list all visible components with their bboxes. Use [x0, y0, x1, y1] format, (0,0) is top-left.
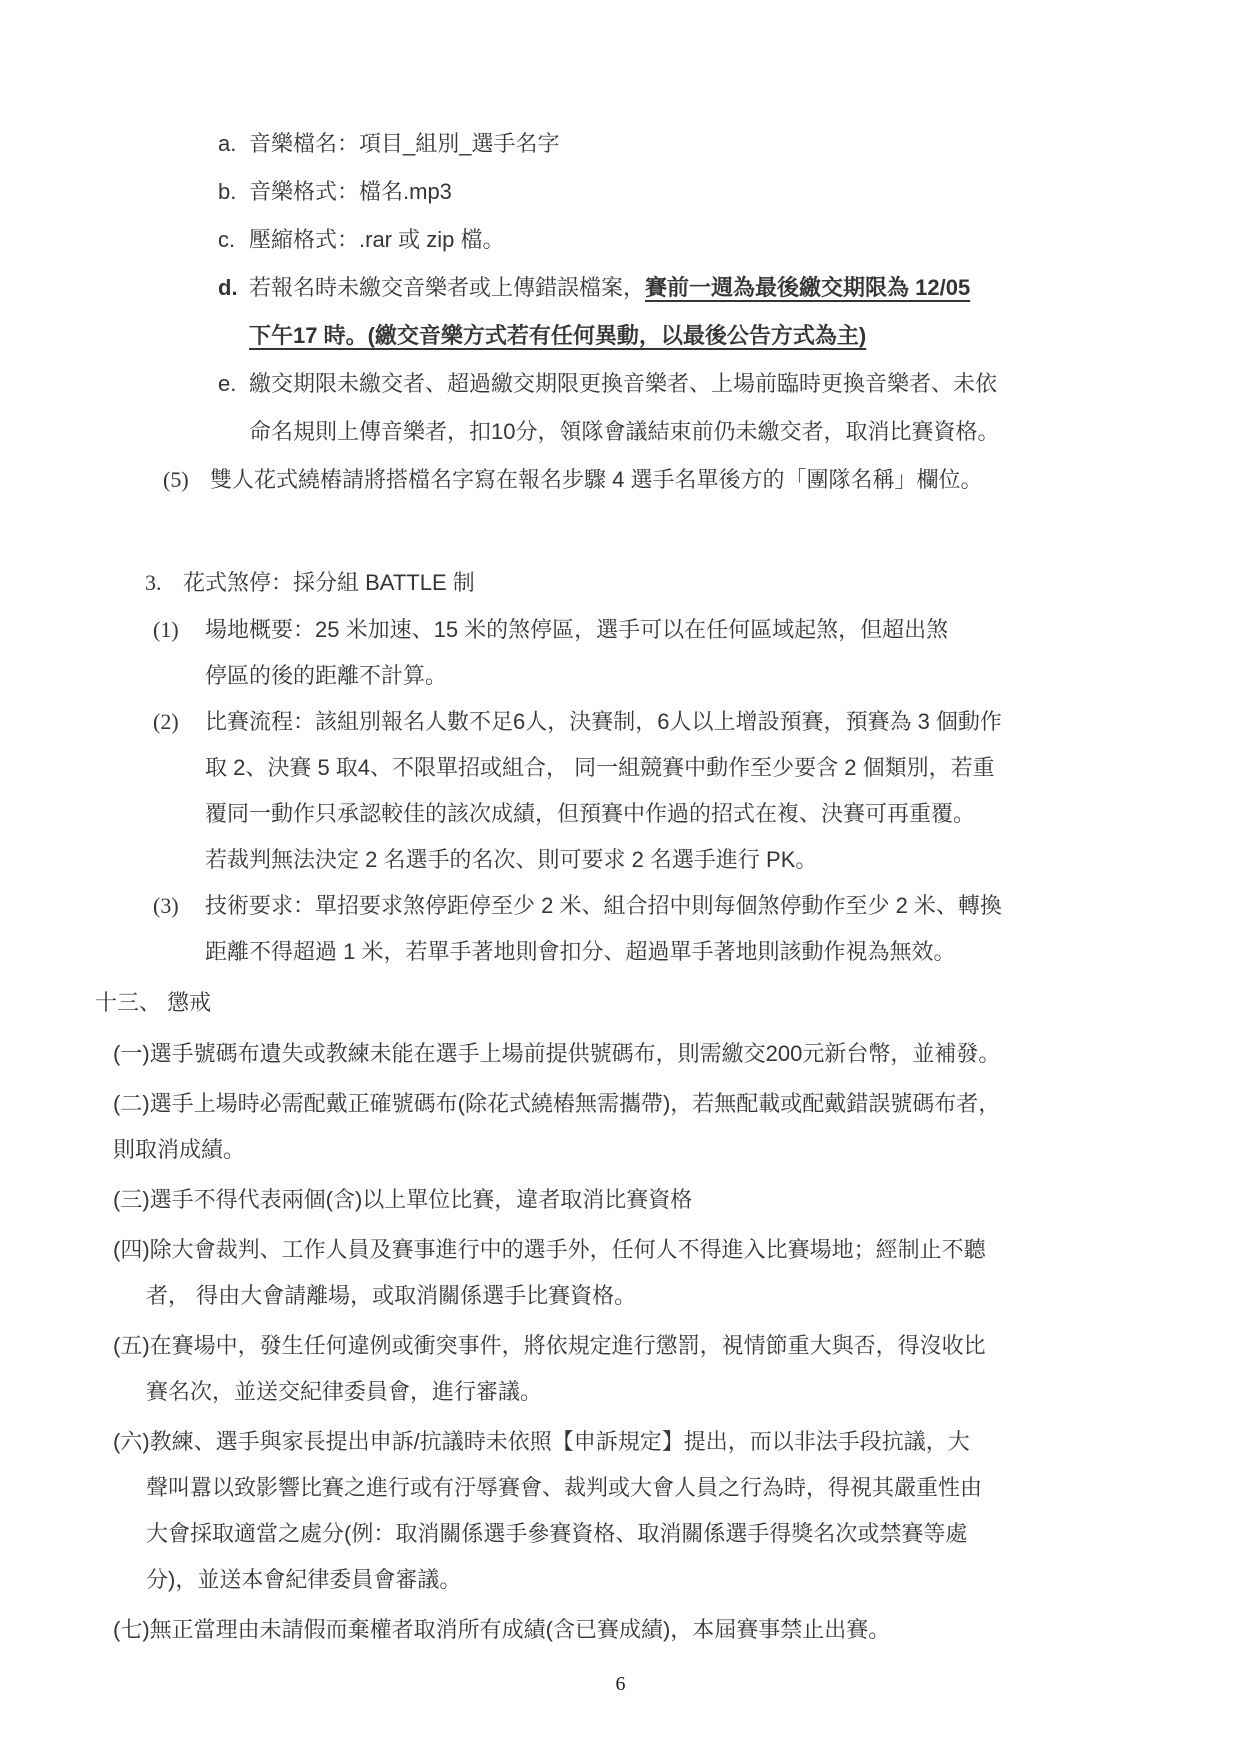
list-item-text: 若報名時未繳交音樂者或上傳錯誤檔案，賽前一週為最後繳交期限為 12/05 下午1…: [249, 264, 1241, 360]
section3-title: 花式煞停：採分組 BATTLE 制: [183, 559, 1241, 607]
list-marker: (1): [153, 607, 205, 653]
discipline-item-4: (四)除大會裁判、工作人員及賽事進行中的選手外，任何人不得進入比賽場地；經制止不…: [113, 1227, 1191, 1319]
list-marker: (5): [163, 456, 210, 504]
list-item-e: e. 繳交期限未繳交者、超過繳交期限更換音樂者、上場前臨時更換音樂者、未依 命名…: [218, 360, 1241, 456]
list-marker: a.: [218, 120, 249, 168]
list-item-d: d. 若報名時未繳交音樂者或上傳錯誤檔案，賽前一週為最後繳交期限為 12/05 …: [218, 264, 1241, 360]
page-number: 6: [0, 1672, 1241, 1696]
discipline-item-6: (六)教練、選手與家長提出申訴/抗議時未依照【申訴規定】提出，而以非法手段抗議，…: [113, 1419, 1191, 1603]
list-marker: (3): [153, 883, 205, 929]
discipline-item-2: (二)選手上場時必需配戴正確號碼布(除花式繞樁無需攜帶)，若無配載或配戴錯誤號碼…: [113, 1081, 1158, 1173]
list-item-c: c. 壓縮格式：.rar 或 zip 檔。: [218, 216, 1241, 264]
list-item-text: 技術要求：單招要求煞停距停至少 2 米、組合招中則每個煞停動作至少 2 米、轉換…: [205, 883, 1241, 975]
list-item-text: 壓縮格式：.rar 或 zip 檔。: [249, 216, 1241, 264]
list-item-3: (3) 技術要求：單招要求煞停距停至少 2 米、組合招中則每個煞停動作至少 2 …: [153, 883, 1241, 975]
list-item-text: 比賽流程：該組別報名人數不足6人，決賽制，6人以上增設預賽，預賽為 3 個動作 …: [205, 699, 1241, 883]
document-page: a. 音樂檔名：項目_組別_選手名字 b. 音樂格式：檔名.mp3 c. 壓縮格…: [0, 0, 1241, 1755]
list-item-5: (5) 雙人花式繞樁請將搭檔名字寫在報名步驟 4 選手名單後方的「團隊名稱」欄位…: [163, 456, 1241, 504]
page-content: a. 音樂檔名：項目_組別_選手名字 b. 音樂格式：檔名.mp3 c. 壓縮格…: [0, 0, 1241, 1653]
discipline-item-7: (七)無正當理由未請假而棄權者取消所有成績(含已賽成績)，本屆賽事禁止出賽。: [113, 1607, 1158, 1653]
list-item-1: (1) 場地概要：25 米加速、15 米的煞停區，選手可以在任何區域起煞，但超出…: [153, 607, 1241, 699]
list-item-text: 繳交期限未繳交者、超過繳交期限更換音樂者、上場前臨時更換音樂者、未依 命名規則上…: [249, 360, 1241, 456]
list-item-text: 場地概要：25 米加速、15 米的煞停區，選手可以在任何區域起煞，但超出煞 停區…: [205, 607, 1241, 699]
music-rules-list: a. 音樂檔名：項目_組別_選手名字 b. 音樂格式：檔名.mp3 c. 壓縮格…: [0, 120, 1241, 456]
list-marker: (2): [153, 699, 205, 745]
section3-heading: 3. 花式煞停：採分組 BATTLE 制: [145, 559, 1241, 607]
deadline-lead-text: 若報名時未繳交音樂者或上傳錯誤檔案，: [249, 275, 645, 300]
list-marker: d.: [218, 264, 249, 312]
discipline-item-3: (三)選手不得代表兩個(含)以上單位比賽，違者取消比賽資格: [113, 1177, 1158, 1223]
discipline-item-5: (五)在賽場中，發生任何違例或衝突事件，將依規定進行懲罰，視情節重大與否，得沒收…: [113, 1323, 1191, 1415]
list-item-text: 音樂格式：檔名.mp3: [249, 168, 1241, 216]
discipline-item-1: (一)選手號碼布遺失或教練未能在選手上場前提供號碼布，則需繳交200元新台幣，並…: [113, 1031, 1158, 1077]
list-item-text: 音樂檔名：項目_組別_選手名字: [249, 120, 1241, 168]
list-item-a: a. 音樂檔名：項目_組別_選手名字: [218, 120, 1241, 168]
list-marker: c.: [218, 216, 249, 264]
list-item-b: b. 音樂格式：檔名.mp3: [218, 168, 1241, 216]
list-marker: e.: [218, 360, 249, 408]
section3-items: (1) 場地概要：25 米加速、15 米的煞停區，選手可以在任何區域起煞，但超出…: [0, 607, 1241, 975]
section13-heading: 十三、 懲戒: [95, 979, 1241, 1027]
list-marker: b.: [218, 168, 249, 216]
list-item-text: 雙人花式繞樁請將搭檔名字寫在報名步驟 4 選手名單後方的「團隊名稱」欄位。: [210, 456, 1241, 504]
section13: 十三、 懲戒 (一)選手號碼布遺失或教練未能在選手上場前提供號碼布，則需繳交20…: [0, 979, 1241, 1653]
list-item-2: (2) 比賽流程：該組別報名人數不足6人，決賽制，6人以上增設預賽，預賽為 3 …: [153, 699, 1241, 883]
section3-marker: 3.: [145, 559, 183, 607]
